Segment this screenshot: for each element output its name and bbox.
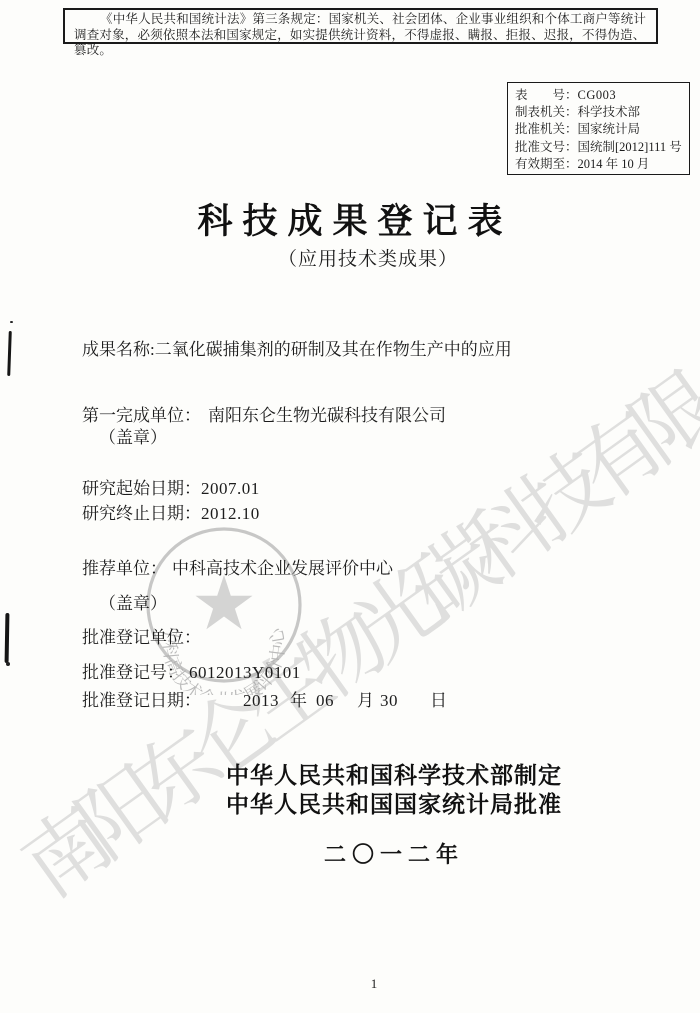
approve-date-label: 批准登记日期： <box>82 691 201 710</box>
document-title: 科技成果登记表 <box>0 194 700 244</box>
stamp-star-icon <box>196 575 253 629</box>
form-maker-label: 制表机关： <box>515 105 578 119</box>
achievement-name-label: 成果名称: <box>82 340 155 359</box>
recommend-unit-label: 推荐单位： <box>82 559 167 578</box>
approve-date-month-unit: 月 <box>357 691 374 710</box>
statute-notice-box: 《中华人民共和国统计法》第三条规定：国家机关、社会团体、企业事业组织和个体工商户… <box>63 8 658 44</box>
field-end-date: 研究终止日期：2012.10 <box>82 504 260 523</box>
first-unit-label: 第一完成单位： <box>82 406 201 425</box>
approve-date-year: 2013 <box>243 691 279 710</box>
approve-date-day: 30 <box>380 691 398 710</box>
form-info-row-docno: 批准文号：国统制[2012]111 号 <box>515 139 689 156</box>
form-number-label: 表 号： <box>515 88 578 102</box>
approve-no-value: 6012013Y0101 <box>189 663 301 682</box>
document-subtitle: （应用技术类成果） <box>0 244 700 271</box>
field-recommend-unit: 推荐单位：中科高技术企业发展评价中心 <box>82 559 393 578</box>
form-info-row-number: 表 号：CG003 <box>515 87 689 104</box>
footer-statistics-line: 中华人民共和国国家统计局批准 <box>80 786 700 819</box>
binding-mark-bottom <box>5 613 9 663</box>
seal-note-first-unit: （盖章） <box>99 428 167 447</box>
form-approver-value: 国家统计局 <box>578 122 641 136</box>
end-date-value: 2012.10 <box>201 504 260 523</box>
recommend-unit-value: 中科高技术企业发展评价中心 <box>172 559 393 578</box>
field-achievement-name: 成果名称:二氧化碳捕集剂的研制及其在作物生产中的应用 <box>82 340 512 359</box>
field-approve-no: 批准登记号：6012013Y0101 <box>82 663 301 682</box>
approve-date-year-unit: 年 <box>290 691 307 710</box>
seal-note-recommend-unit: （盖章） <box>99 594 167 613</box>
footer-year: 二〇一二年 <box>80 838 700 869</box>
form-validity-label: 有效期至： <box>515 157 578 171</box>
approve-no-label: 批准登记号： <box>82 663 184 682</box>
field-approve-date: 批准登记日期：2013年06月30日 <box>82 691 447 710</box>
first-unit-value: 南阳东仑生物光碳科技有限公司 <box>208 406 446 425</box>
start-date-value: 2007.01 <box>201 479 260 498</box>
form-docno-value: 国统制[2012]111 号 <box>578 140 682 154</box>
binding-dot-top <box>10 321 13 323</box>
page-number: 1 <box>0 976 700 992</box>
field-start-date: 研究起始日期：2007.01 <box>82 479 260 498</box>
form-info-row-validity: 有效期至：2014 年 10 月 <box>515 156 689 173</box>
statute-notice-text: 《中华人民共和国统计法》第三条规定：国家机关、社会团体、企业事业组织和个体工商户… <box>74 12 646 57</box>
form-info-row-approver: 批准机关：国家统计局 <box>515 121 689 138</box>
scanned-document-page: 南阳东仑生物光碳科技有限 中科高技术企业发展评价中心 《中华人民共和国统计法》第… <box>0 0 700 1013</box>
field-approve-unit: 批准登记单位： <box>82 628 201 647</box>
form-number-value: CG003 <box>578 88 617 102</box>
form-approver-label: 批准机关： <box>515 122 578 136</box>
form-info-row-maker: 制表机关：科学技术部 <box>515 104 689 121</box>
form-validity-value: 2014 年 10 月 <box>578 157 650 171</box>
achievement-name-value: 二氧化碳捕集剂的研制及其在作物生产中的应用 <box>155 340 512 359</box>
end-date-label: 研究终止日期： <box>82 504 201 523</box>
approve-date-day-unit: 日 <box>430 691 447 710</box>
approve-date-month: 06 <box>316 691 334 710</box>
approve-unit-label: 批准登记单位： <box>82 628 201 647</box>
binding-mark-top <box>7 331 12 376</box>
form-info-box: 表 号：CG003 制表机关：科学技术部 批准机关：国家统计局 批准文号：国统制… <box>507 82 690 175</box>
binding-dot-bottom <box>6 662 10 666</box>
start-date-label: 研究起始日期： <box>82 479 201 498</box>
field-first-unit: 第一完成单位：南阳东仑生物光碳科技有限公司 <box>82 406 446 425</box>
form-docno-label: 批准文号： <box>515 140 578 154</box>
form-maker-value: 科学技术部 <box>578 105 641 119</box>
